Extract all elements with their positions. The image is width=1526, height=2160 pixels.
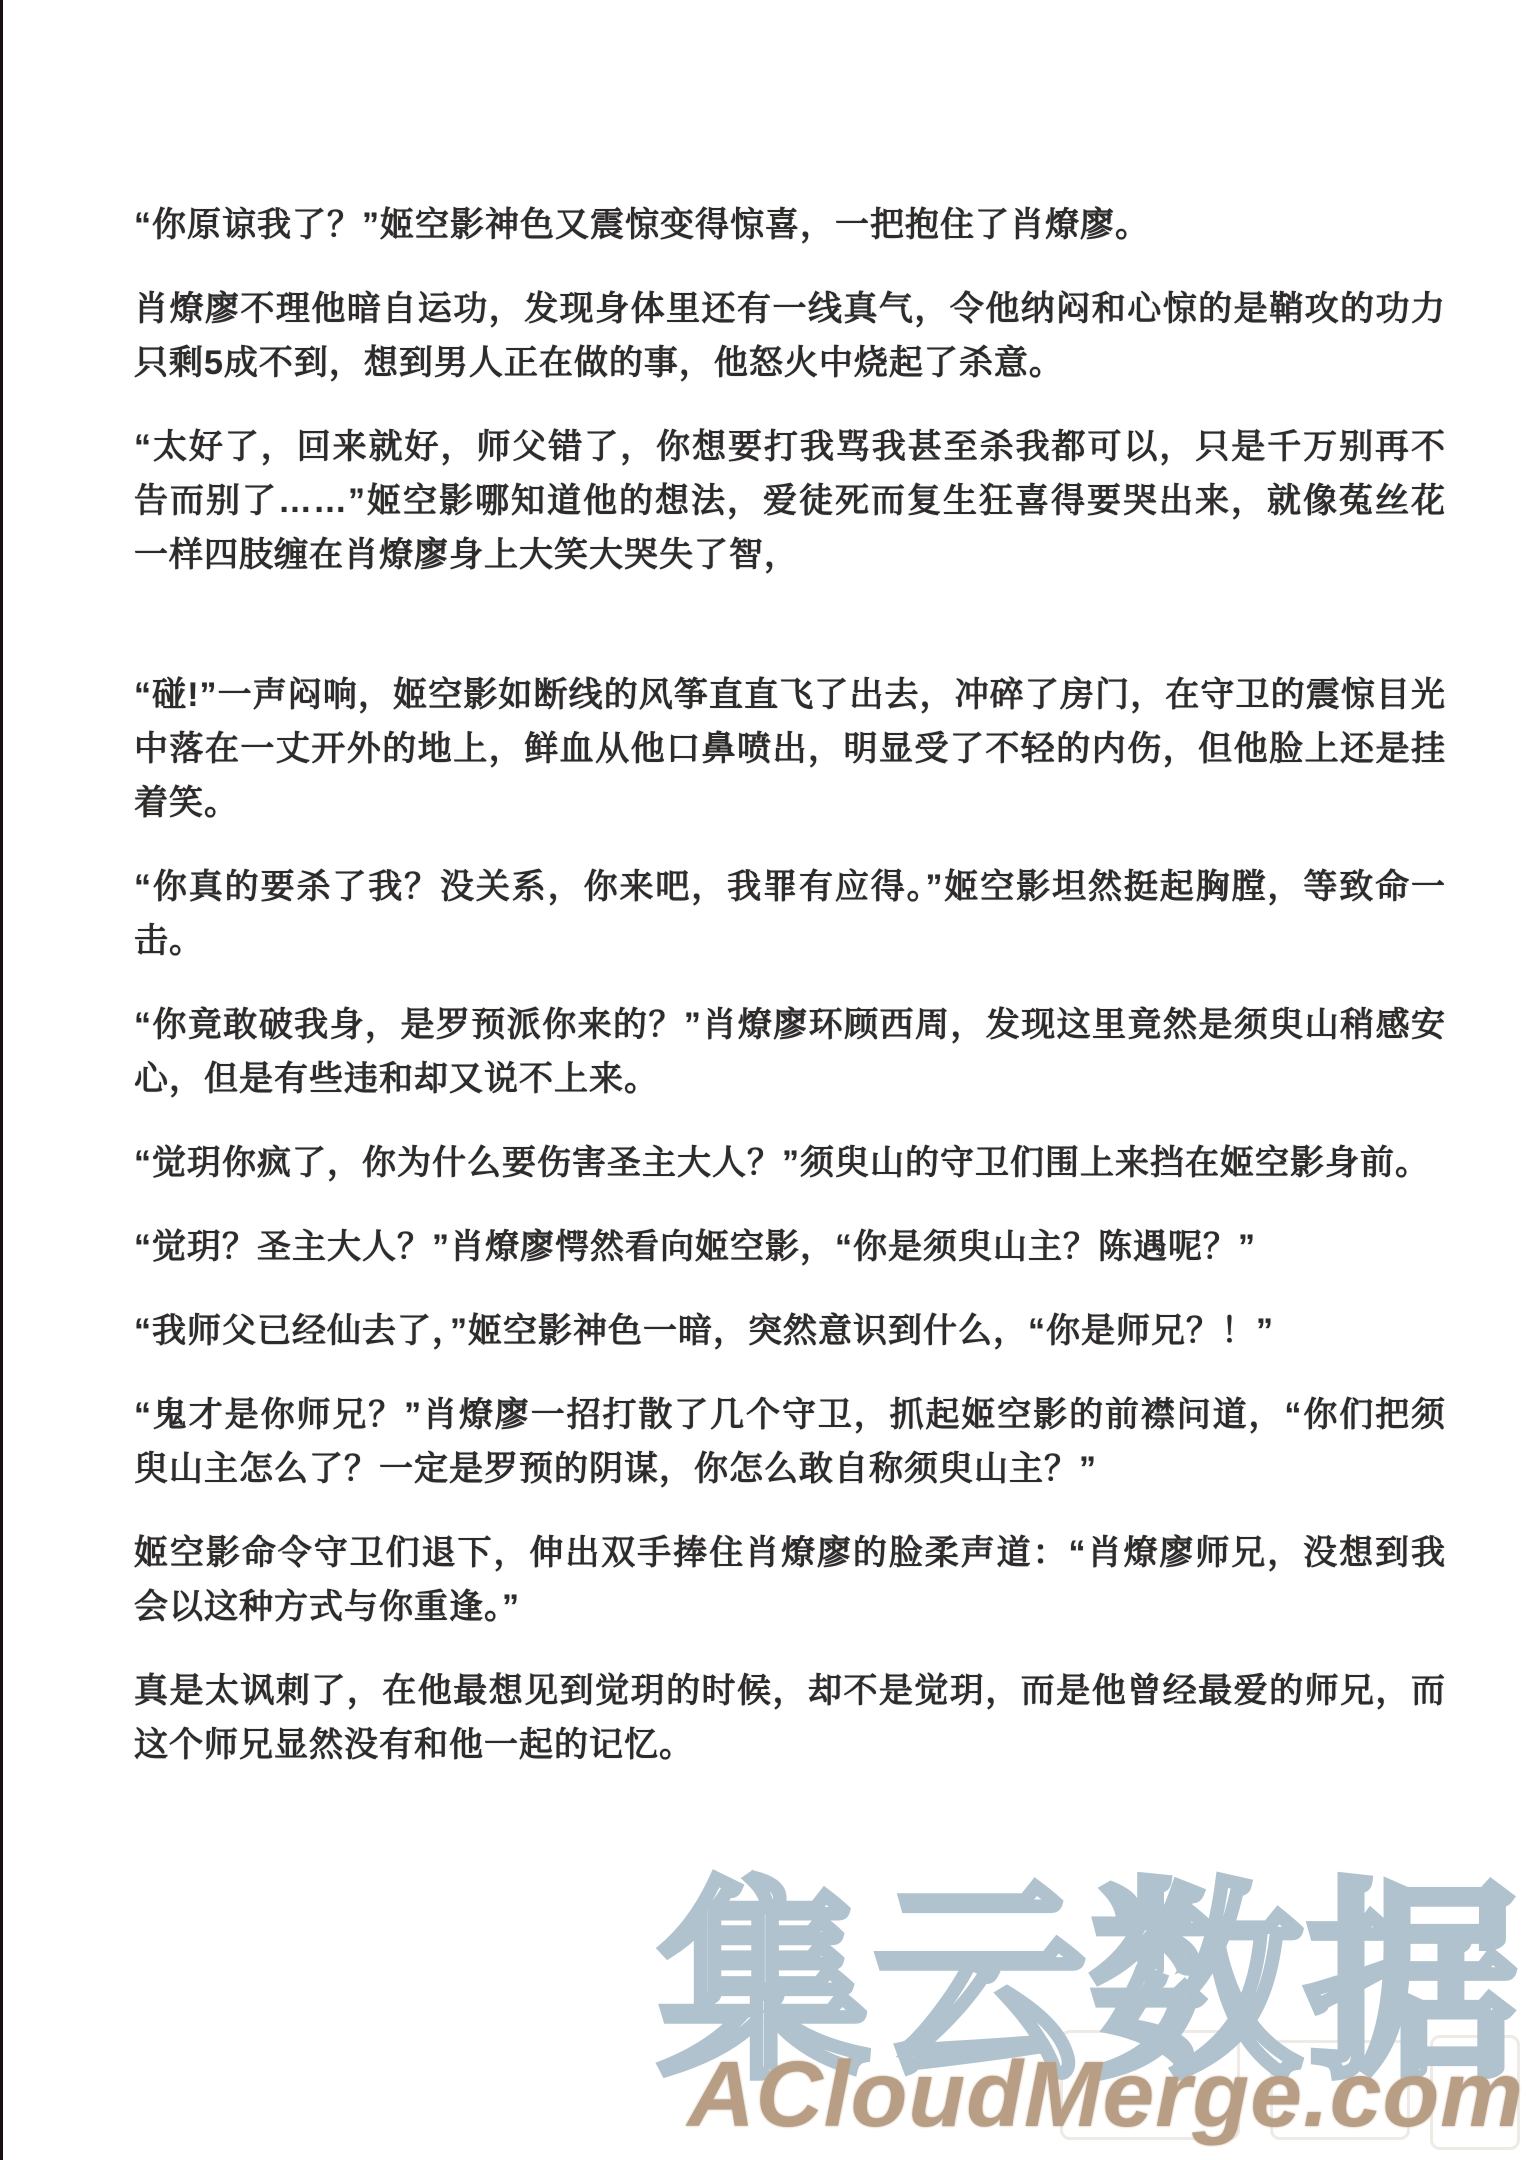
novel-text-page: “你原谅我了？”姬空影神色又震惊变得惊喜，一把抱住了肖燎廖。 肖燎廖不理他暗自运… bbox=[0, 0, 1526, 2160]
paragraph: “觉玥？圣主大人？”肖燎廖愕然看向姬空影，“你是须臾山主？陈遇呢？” bbox=[134, 1220, 1446, 1274]
paragraph: “鬼才是你师兄？”肖燎廖一招打散了几个守卫，抓起姬空影的前襟问道，“你们把须臾山… bbox=[134, 1388, 1446, 1496]
paragraph: “你原谅我了？”姬空影神色又震惊变得惊喜，一把抱住了肖燎廖。 bbox=[134, 198, 1446, 252]
story-text-block: “你原谅我了？”姬空影神色又震惊变得惊喜，一把抱住了肖燎廖。 肖燎廖不理他暗自运… bbox=[134, 198, 1446, 1802]
paragraph: “太好了，回来就好，师父错了，你想要打我骂我甚至杀我都可以，只是千万别再不告而别… bbox=[134, 420, 1446, 582]
paragraph: “你真的要杀了我？没关系，你来吧，我罪有应得。”姬空影坦然挺起胸膛，等致命一击。 bbox=[134, 860, 1446, 968]
paragraph: “碰!”一声闷响，姬空影如断线的风筝直直飞了出去，冲碎了房门，在守卫的震惊目光中… bbox=[134, 668, 1446, 830]
page-left-edge-line bbox=[0, 0, 3, 2160]
paragraph: 肖燎廖不理他暗自运功，发现身体里还有一线真气，令他纳闷和心惊的是鞘攻的功力只剩5… bbox=[134, 282, 1446, 390]
paragraph: “我师父已经仙去了，”姬空影神色一暗，突然意识到什么，“你是师兄？！” bbox=[134, 1304, 1446, 1358]
paragraph: “觉玥你疯了，你为什么要伤害圣主大人？”须臾山的守卫们围上来挡在姬空影身前。 bbox=[134, 1136, 1446, 1190]
paragraph: “你竟敢破我身，是罗预派你来的？”肖燎廖环顾西周，发现这里竟然是须臾山稍感安心，… bbox=[134, 998, 1446, 1106]
paragraph: 真是太讽刺了，在他最想见到觉玥的时候，却不是觉玥，而是他曾经最爱的师兄，而这个师… bbox=[134, 1664, 1446, 1772]
watermark-site-url: ACloudMerge.com bbox=[687, 2048, 1524, 2141]
paragraph: 姬空影命令守卫们退下，伸出双手捧住肖燎廖的脸柔声道：“肖燎廖师兄，没想到我会以这… bbox=[134, 1526, 1446, 1634]
